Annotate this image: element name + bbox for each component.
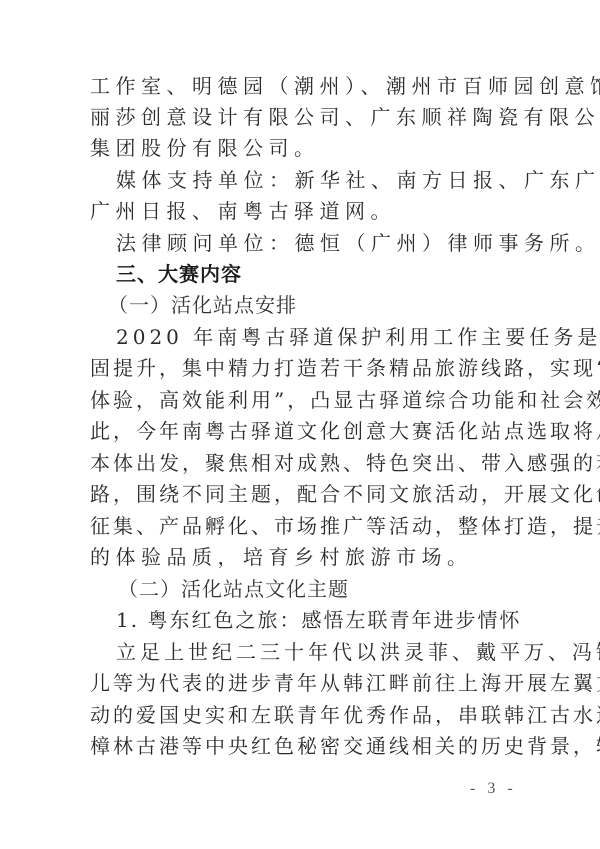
- document-page: 工作室、明德园（潮州）、潮州市百师园创意馆、广东蒙娜 丽莎创意设计有限公司、广东…: [0, 0, 600, 849]
- paragraph-line: 动的爱国史实和左联青年优秀作品，串联韩江古水道、汕头: [90, 702, 510, 728]
- paragraph-line: 固提升，集中精力打造若干条精品旅游线路，实现“高品质: [90, 355, 510, 381]
- subsection-heading: （一）活化站点安排: [108, 292, 528, 318]
- paragraph-line: 儿等为代表的进步青年从韩江畔前往上海开展左翼文化运: [90, 670, 510, 696]
- paragraph-line: 路，围绕不同主题，配合不同文旅活动，开展文化创意方案: [90, 481, 510, 507]
- page-number: - 3 -: [470, 780, 517, 798]
- subsection-heading: （二）活化站点文化主题: [118, 576, 538, 602]
- paragraph-line: 集团股份有限公司。: [90, 135, 510, 161]
- paragraph-line: 丽莎创意设计有限公司、广东顺祥陶瓷有限公司、广东四通: [90, 104, 510, 130]
- paragraph-line: 体验，高效能利用”，凸显古驿道综合功能和社会效益。为: [90, 387, 510, 413]
- paragraph-line: 征集、产品孵化、市场推广等活动，整体打造，提升古道游: [90, 513, 510, 539]
- paragraph-line: 工作室、明德园（潮州）、潮州市百师园创意馆、广东蒙娜: [90, 73, 510, 99]
- paragraph-line: 立足上世纪二三十年代以洪灵菲、戴平万、冯铿、陈波: [116, 639, 510, 665]
- paragraph-line: 此，今年南粤古驿道文化创意大赛活化站点选取将从古驿道: [90, 418, 510, 444]
- paragraph-line: 2020 年南粤古驿道保护利用工作主要任务是进一步巩: [116, 324, 510, 350]
- section-heading: 三、大赛内容: [116, 261, 510, 287]
- item-heading: 1. 粤东红色之旅：感悟左联青年进步情怀: [116, 607, 510, 633]
- paragraph-line: 媒体支持单位：新华社、南方日报、广东广播电视台、: [116, 167, 510, 193]
- paragraph-line: 法律顾问单位：德恒（广州）律师事务所。: [116, 230, 510, 256]
- paragraph-line: 广州日报、南粤古驿道网。: [90, 198, 510, 224]
- paragraph-line: 本体出发，聚焦相对成熟、特色突出、带入感强的若干条线: [90, 450, 510, 476]
- paragraph-line: 樟林古港等中央红色秘密交通线相关的历史背景，辐射潮: [90, 733, 510, 759]
- paragraph-line: 的体验品质，培育乡村旅游市场。: [90, 544, 510, 570]
